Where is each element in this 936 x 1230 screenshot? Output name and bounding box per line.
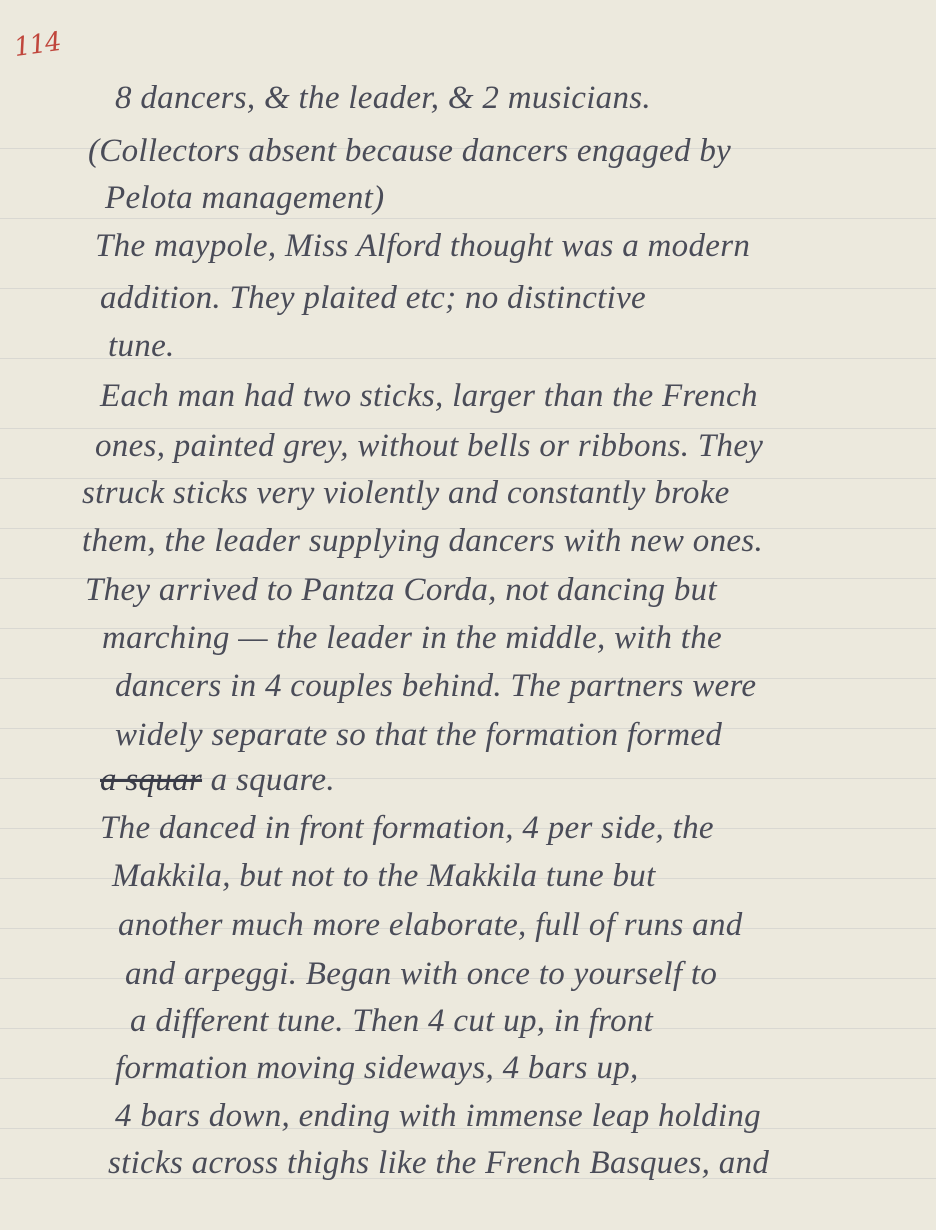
struck-out-word: a squar	[100, 762, 202, 798]
manuscript-line: The danced in front formation, 4 per sid…	[100, 810, 714, 847]
manuscript-line: formation moving sideways, 4 bars up,	[115, 1050, 639, 1087]
manuscript-line: dancers in 4 couples behind. The partner…	[115, 668, 756, 705]
folio-number: 114	[12, 27, 62, 63]
manuscript-line: (Collectors absent because dancers engag…	[88, 133, 731, 170]
manuscript-line: a squar a square.	[100, 762, 335, 799]
manuscript-line: They arrived to Pantza Corda, not dancin…	[85, 572, 717, 609]
manuscript-line: a different tune. Then 4 cut up, in fron…	[130, 1003, 653, 1040]
manuscript-line: addition. They plaited etc; no distincti…	[100, 280, 646, 317]
manuscript-line: 4 bars down, ending with immense leap ho…	[115, 1098, 761, 1135]
manuscript-line: 8 dancers, & the leader, & 2 musicians.	[115, 80, 651, 117]
manuscript-line: and arpeggi. Began with once to yourself…	[125, 956, 717, 993]
manuscript-line: widely separate so that the formation fo…	[115, 717, 722, 754]
manuscript-line: Makkila, but not to the Makkila tune but	[112, 858, 656, 895]
notebook-page: 114 8 dancers, & the leader, & 2 musicia…	[0, 0, 936, 1230]
manuscript-line: struck sticks very violently and constan…	[82, 475, 730, 512]
manuscript-line: sticks across thighs like the French Bas…	[108, 1145, 769, 1182]
manuscript-line: The maypole, Miss Alford thought was a m…	[95, 228, 750, 265]
manuscript-line: them, the leader supplying dancers with …	[82, 523, 763, 560]
manuscript-line: Pelota management)	[105, 180, 384, 217]
manuscript-line: Each man had two sticks, larger than the…	[100, 378, 758, 415]
manuscript-line: ones, painted grey, without bells or rib…	[95, 428, 763, 465]
line-text: a square.	[211, 762, 335, 798]
manuscript-line: tune.	[108, 328, 175, 365]
manuscript-line: marching — the leader in the middle, wit…	[102, 620, 722, 657]
ruled-line	[0, 218, 936, 219]
manuscript-line: another much more elaborate, full of run…	[118, 907, 743, 944]
